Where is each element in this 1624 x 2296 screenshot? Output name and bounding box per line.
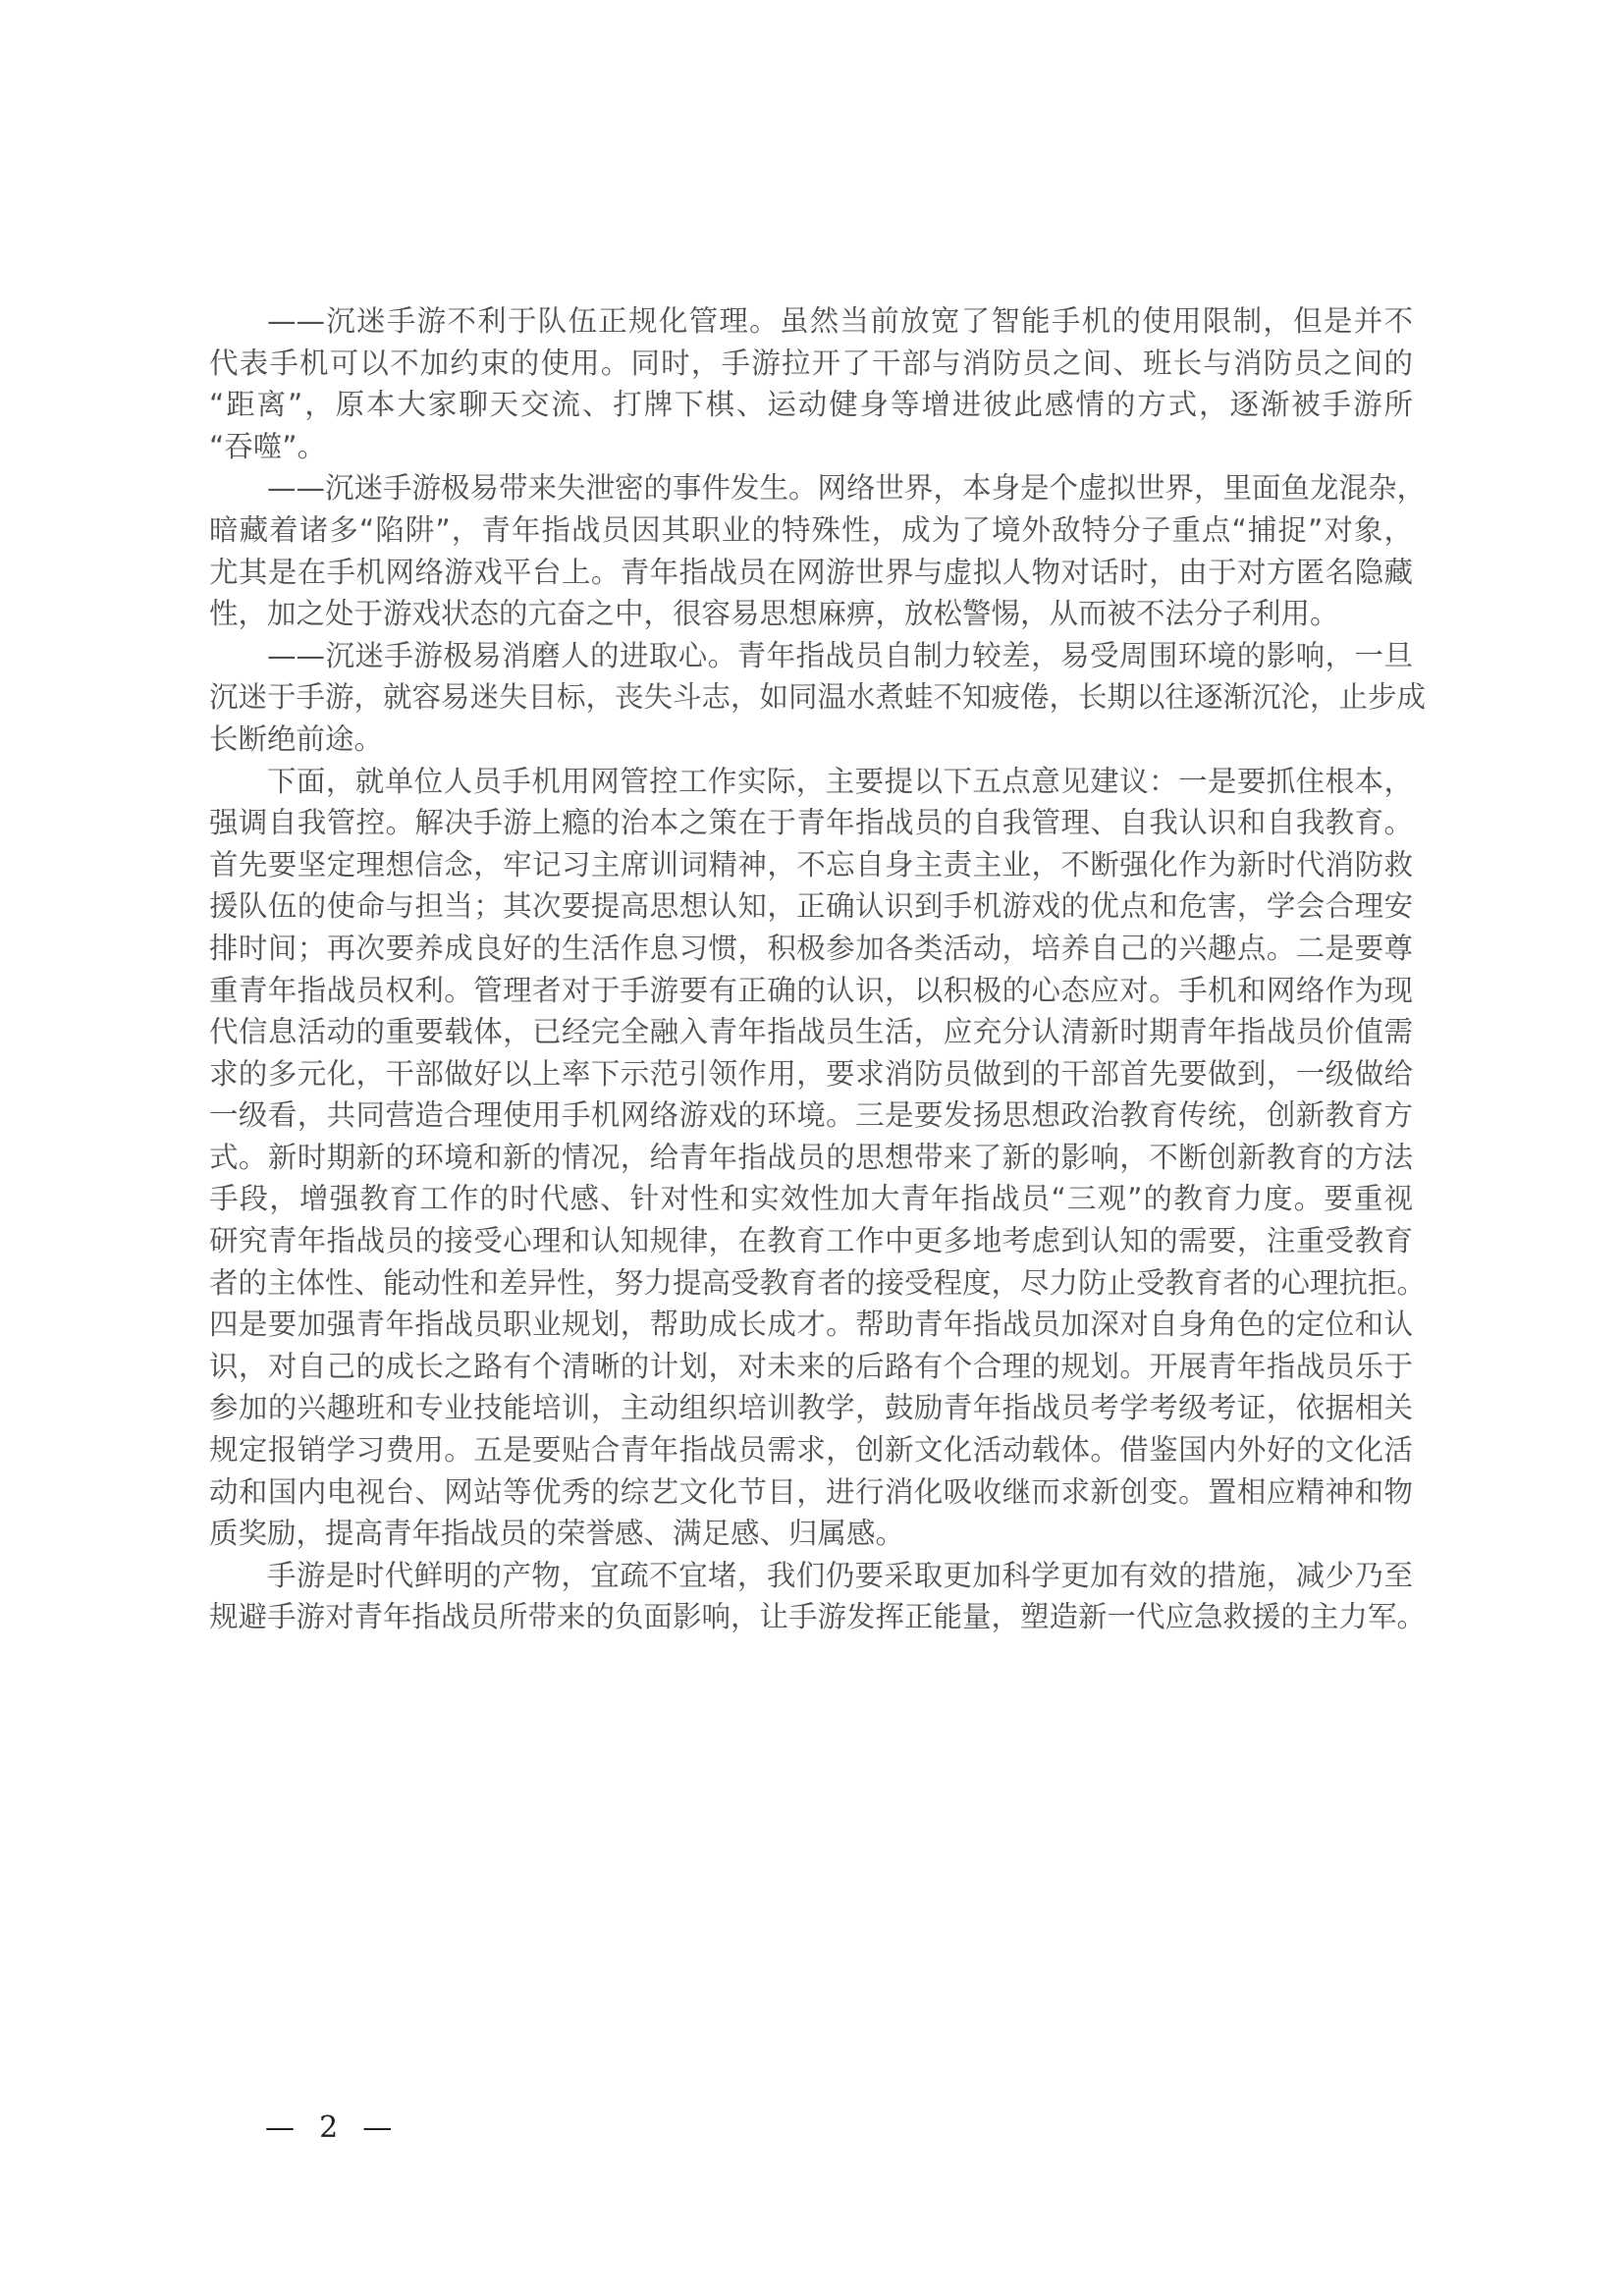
paragraph-3: ——沉迷手游极易消磨人的进取心。青年指战员自制力较差，易受周围环境的影响，一旦 … xyxy=(209,635,1413,761)
text-line: 重青年指战员权利。管理者对于手游要有正确的认识，以积极的心态应对。手机和网络作为… xyxy=(209,970,1413,1012)
text-line: 排时间；再次要养成良好的生活作息习惯，积极参加各类活动，培养自己的兴趣点。二是要… xyxy=(209,928,1413,970)
text-line: 者的主体性、能动性和差异性，努力提高受教育者的接受程度，尽力防止受教育者的心理抗… xyxy=(209,1262,1413,1305)
text-line: 动和国内电视台、网站等优秀的综艺文化节目，进行消化吸收继而求新创变。置相应精神和… xyxy=(209,1471,1413,1514)
text-line: 代表手机可以不加约束的使用。同时，手游拉开了干部与消防员之间、班长与消防员之间的 xyxy=(209,343,1413,385)
text-line: 四是要加强青年指战员职业规划，帮助成长成才。帮助青年指战员加深对自身角色的定位和… xyxy=(209,1304,1413,1346)
text-line: 下面，就单位人员手机用网管控工作实际，主要提以下五点意见建议：一是要抓住根本， xyxy=(209,761,1413,803)
text-line: 手段，增强教育工作的时代感、针对性和实效性加大青年指战员“三观”的教育力度。要重… xyxy=(209,1178,1413,1220)
text-line: 尤其是在手机网络游戏平台上。青年指战员在网游世界与虚拟人物对话时，由于对方匿名隐… xyxy=(209,552,1413,594)
document-page: ——沉迷手游不利于队伍正规化管理。虽然当前放宽了智能手机的使用限制，但是并不 代… xyxy=(0,0,1624,2296)
text-line: 手游是时代鲜明的产物，宜疏不宜堵，我们仍要采取更加科学更加有效的措施，减少乃至 xyxy=(209,1555,1413,1597)
text-line: 式。新时期新的环境和新的情况，给青年指战员的思想带来了新的影响，不断创新教育的方… xyxy=(209,1137,1413,1179)
paragraph-4: 下面，就单位人员手机用网管控工作实际，主要提以下五点意见建议：一是要抓住根本， … xyxy=(209,761,1413,1555)
text-line: 首先要坚定理想信念，牢记习主席训词精神，不忘自身主责主业，不断强化作为新时代消防… xyxy=(209,844,1413,886)
paragraph-2: ——沉迷手游极易带来失泄密的事件发生。网络世界，本身是个虚拟世界，里面鱼龙混杂，… xyxy=(209,467,1413,634)
text-line: 规避手游对青年指战员所带来的负面影响，让手游发挥正能量，塑造新一代应急救援的主力… xyxy=(209,1596,1413,1638)
paragraph-1: ——沉迷手游不利于队伍正规化管理。虽然当前放宽了智能手机的使用限制，但是并不 代… xyxy=(209,300,1413,467)
text-line: 研究青年指战员的接受心理和认知规律，在教育工作中更多地考虑到认知的需要，注重受教… xyxy=(209,1220,1413,1262)
body-text: ——沉迷手游不利于队伍正规化管理。虽然当前放宽了智能手机的使用限制，但是并不 代… xyxy=(209,300,1413,1638)
paragraph-5: 手游是时代鲜明的产物，宜疏不宜堵，我们仍要采取更加科学更加有效的措施，减少乃至 … xyxy=(209,1555,1413,1638)
text-line: 质奖励，提高青年指战员的荣誉感、满足感、归属感。 xyxy=(209,1513,1413,1555)
text-line: 规定报销学习费用。五是要贴合青年指战员需求，创新文化活动载体。借鉴国内外好的文化… xyxy=(209,1429,1413,1471)
text-line: 识，对自己的成长之路有个清晰的计划，对未来的后路有个合理的规划。开展青年指战员乐… xyxy=(209,1346,1413,1388)
text-line: 沉迷于手游，就容易迷失目标，丧失斗志，如同温水煮蛙不知疲倦，长期以往逐渐沉沦，止… xyxy=(209,676,1413,719)
text-line: ——沉迷手游不利于队伍正规化管理。虽然当前放宽了智能手机的使用限制，但是并不 xyxy=(209,300,1413,343)
text-line: 暗藏着诸多“陷阱”，青年指战员因其职业的特殊性，成为了境外敌特分子重点“捕捉”对… xyxy=(209,509,1413,552)
text-line: ——沉迷手游极易带来失泄密的事件发生。网络世界，本身是个虚拟世界，里面鱼龙混杂， xyxy=(209,467,1413,509)
text-line: 强调自我管控。解决手游上瘾的治本之策在于青年指战员的自我管理、自我认识和自我教育… xyxy=(209,802,1413,844)
text-line: ——沉迷手游极易消磨人的进取心。青年指战员自制力较差，易受周围环境的影响，一旦 xyxy=(209,635,1413,677)
text-line: 长断绝前途。 xyxy=(209,719,1413,761)
text-line: 求的多元化，干部做好以上率下示范引领作用，要求消防员做到的干部首先要做到，一级做… xyxy=(209,1053,1413,1095)
text-line: “吞噬”。 xyxy=(209,426,1413,468)
text-line: 援队伍的使命与担当；其次要提高思想认知，正确认识到手机游戏的优点和危害，学会合理… xyxy=(209,885,1413,928)
page-number: — 2 — xyxy=(265,2110,394,2145)
text-line: “距离”，原本大家聊天交流、打牌下棋、运动健身等增进彼此感情的方式，逐渐被手游所 xyxy=(209,384,1413,426)
text-line: 代信息活动的重要载体，已经完全融入青年指战员生活，应充分认清新时期青年指战员价值… xyxy=(209,1011,1413,1053)
text-line: 参加的兴趣班和专业技能培训，主动组织培训教学，鼓励青年指战员考学考级考证，依据相… xyxy=(209,1387,1413,1429)
text-line: 性，加之处于游戏状态的亢奋之中，很容易思想麻痹，放松警惕，从而被不法分子利用。 xyxy=(209,593,1413,635)
text-line: 一级看，共同营造合理使用手机网络游戏的环境。三是要发扬思想政治教育传统，创新教育… xyxy=(209,1095,1413,1137)
